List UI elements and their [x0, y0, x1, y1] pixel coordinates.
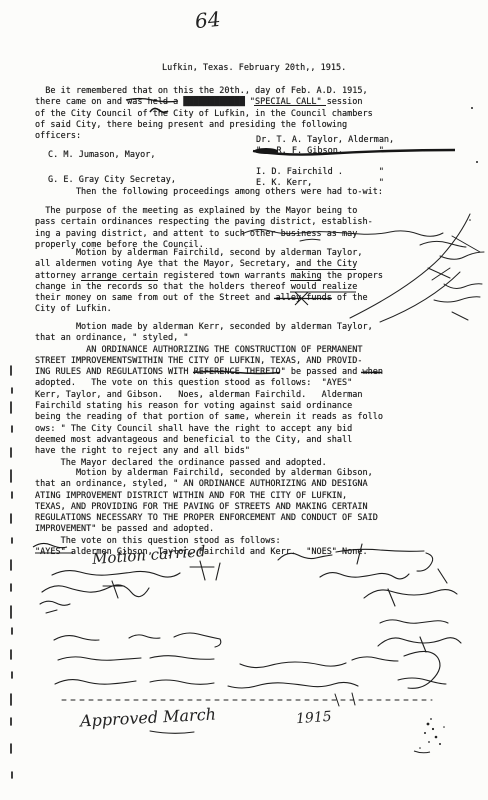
paragraph-opening: Be it remembered that on this the 20th.,…: [35, 86, 373, 142]
officers-right-column: Dr. T. A. Taylor, Alderman, " R. F. Gibs…: [256, 135, 394, 189]
paragraph-motion-warrants: Motion by alderman Fairchild, second by …: [35, 248, 383, 316]
paragraph-motion-district: Motion by alderman Fairchild, seconded b…: [35, 468, 378, 558]
handwritten-note-approved: Approved March: [80, 704, 217, 730]
paragraph-motion-construction: Motion made by alderman Kerr, seconded b…: [35, 322, 383, 469]
paragraph-purpose: The purpose of the meeting as explained …: [35, 206, 373, 251]
handwritten-scribbles: [40, 544, 461, 733]
handwritten-note-year: 1915: [295, 709, 332, 727]
officers-left-column: C. M. Jumason, Mayor, G. E. Gray City Se…: [48, 143, 176, 194]
ink-specks: [414, 107, 478, 753]
handwritten-page-number: 64: [194, 7, 222, 34]
binding-edge-marks: [11, 366, 12, 778]
proceedings-intro: Then the following proceedings among oth…: [35, 187, 383, 198]
dateline: Lufkin, Texas. February 20th,, 1915.: [162, 63, 346, 74]
scanned-minutes-page: 64 Lufkin, Texas. February 20th,, 1915. …: [0, 0, 488, 800]
